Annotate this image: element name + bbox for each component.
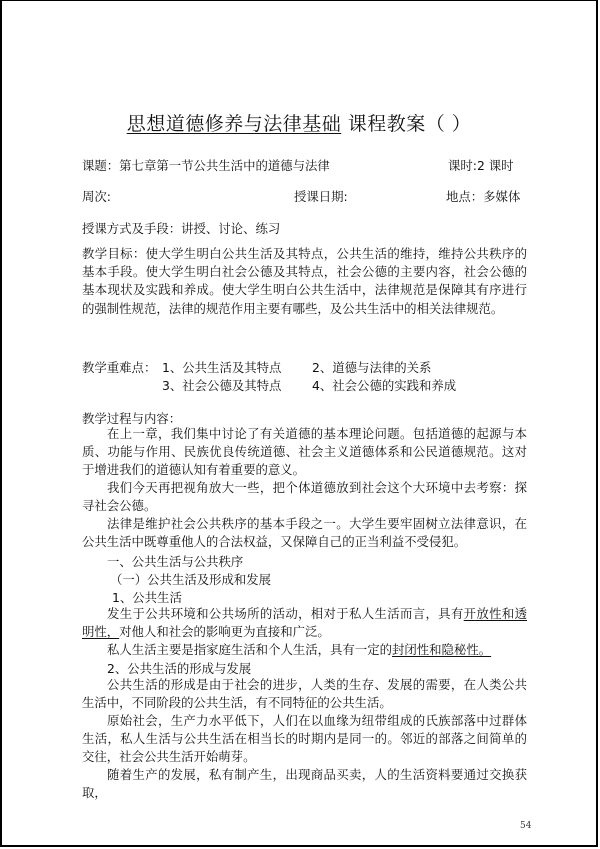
- class-hours: 课时:2 课时: [448, 156, 514, 174]
- course-name: 思想道德修养与法律基础: [127, 113, 342, 135]
- paragraph: 法律是维护社会公共秩序的基本手段之一。大学生要牢固树立法律意识，在公共生活中既尊…: [82, 515, 527, 551]
- key-points-label: 教学重难点：: [82, 358, 156, 376]
- paragraph: 在上一章，我们集中讨论了有关道德的基本理论问题。包括道德的起源与本质、功能与作用…: [82, 425, 527, 480]
- heading-2: （一）公共生活及形成和发展: [110, 570, 271, 588]
- text: 发生于公共环境和公共场所的活动，相对于私人生活而言，具有: [107, 606, 464, 621]
- paragraph: 原始社会，生产力水平低下，人们在以血缘为纽带组成的氏族部落中过群体生活，私人生活…: [82, 712, 527, 767]
- title-suffix: 课程教案（ ）: [341, 113, 471, 135]
- paragraph: 发生于公共环境和公共场所的活动，相对于私人生活而言，具有开放性和透明性，对他人和…: [82, 605, 527, 641]
- teaching-method: 授课方式及手段：讲授、讨论、练习: [82, 219, 280, 237]
- location: 地点：多媒体: [446, 187, 520, 205]
- paragraph: 我们今天再把视角放大一些，把个体道德放到社会这个大环境中去考察：探寻社会公德。: [82, 479, 527, 515]
- text: 私人生活主要是指家庭生活和个人生活，具有一定的: [107, 642, 392, 657]
- topic: 课题：第七章第一节公共生活中的道德与法律: [82, 156, 330, 174]
- paragraph: 公共生活的形成是由于社会的进步，人类的生存、发展的需要，在人类公共生活中，不同阶…: [82, 676, 527, 712]
- teaching-objectives: 教学目标：使大学生明白公共生活及其特点，公共生活的维持，维持公共秩序的基本手段。…: [82, 245, 527, 318]
- text: 对他人和社会的影响更为直接和广泛。: [119, 624, 330, 639]
- heading-1: 一、公共生活与公共秩序: [107, 552, 243, 570]
- page-title: 思想道德修养与法律基础 课程教案（ ）: [2, 109, 596, 136]
- underlined-text: 封闭性和隐秘性。: [392, 642, 491, 657]
- teaching-date: 授课日期:: [294, 187, 348, 205]
- key-point: 1、公共生活及其特点: [162, 358, 281, 376]
- paragraph: 私人生活主要是指家庭生活和个人生活，具有一定的封闭性和隐秘性。: [82, 641, 527, 659]
- key-point: 2、道德与法律的关系: [312, 358, 431, 376]
- document-page: 思想道德修养与法律基础 课程教案（ ） 课题：第七章第一节公共生活中的道德与法律…: [0, 0, 598, 847]
- key-point: 4、社会公德的实践和养成: [312, 376, 456, 394]
- heading-4: 2、公共生活的形成与发展: [107, 659, 251, 677]
- page-number: 54: [520, 821, 531, 831]
- heading-3: 1、公共生活: [112, 588, 182, 606]
- paragraph: 随着生产的发展，私有制产生，出现商品买卖，人的生活资料要通过交换获取，: [82, 766, 527, 802]
- week: 周次:: [82, 187, 111, 205]
- key-point: 3、社会公德及其特点: [162, 376, 281, 394]
